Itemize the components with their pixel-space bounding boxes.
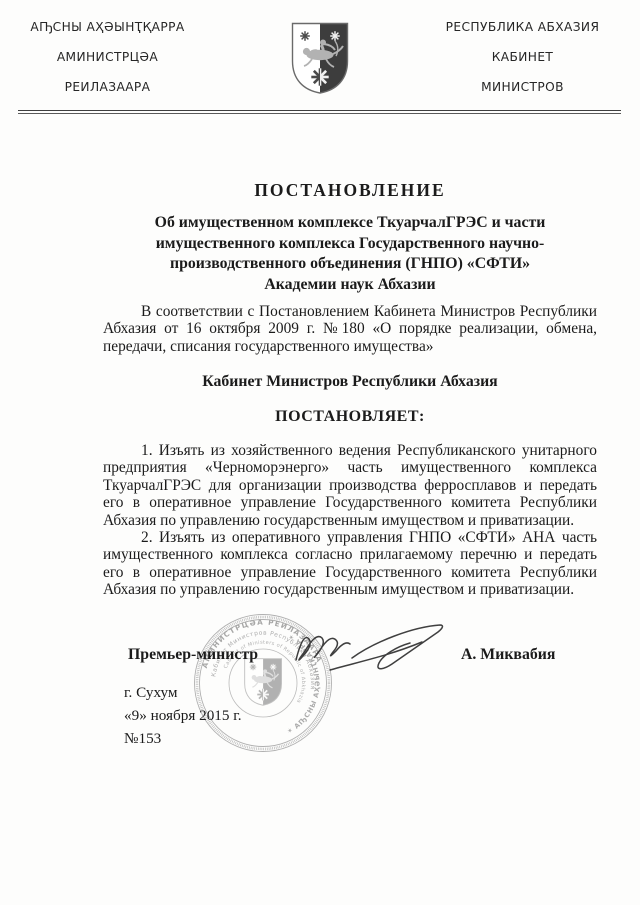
- authority-line: Кабинет Министров Республики Абхазия: [103, 373, 597, 391]
- resolution-item-2: 2. Изъять из оперативного управления ГНП…: [103, 529, 597, 599]
- header-abkhaz-line-1: АҦСНЫ АҲӘЫНҬҚАРРА: [25, 12, 190, 42]
- resolves-line: ПОСТАНОВЛЯЕТ:: [103, 408, 597, 426]
- signer-name-label: А. Миквабия: [461, 646, 555, 664]
- header-abkhaz-block: АҦСНЫ АҲӘЫНҬҚАРРА АМИНИСТРЦӘА РЕИЛАЗААРА: [25, 12, 190, 102]
- header-divider-rule: [18, 110, 621, 114]
- abkhazia-coat-of-arms-icon: [290, 20, 350, 96]
- header-abkhaz-line-2: АМИНИСТРЦӘА: [25, 42, 190, 72]
- document-title: ПОСТАНОВЛЕНИЕ: [103, 180, 597, 201]
- header-russian-line-1: РЕСПУБЛИКА АБХАЗИЯ: [445, 12, 600, 42]
- header-russian-block: РЕСПУБЛИКА АБХАЗИЯ КАБИНЕТ МИНИСТРОВ: [445, 12, 600, 102]
- header-abkhaz-line-3: РЕИЛАЗААРА: [25, 72, 190, 102]
- signer-post-label: Премьер-министр: [128, 646, 258, 664]
- handwritten-signature-icon: [290, 614, 468, 676]
- resolution-items: 1. Изъять из хозяйственного ведения Респ…: [103, 442, 597, 599]
- signature-date: «9» ноября 2015 г.: [124, 707, 242, 725]
- decree-number: №153: [124, 730, 161, 748]
- subject-line: производственного объединения (ГНПО) «СФ…: [103, 254, 597, 275]
- decree-document-page: АҦСНЫ АҲӘЫНҬҚАРРА АМИНИСТРЦӘА РЕИЛАЗААРА: [0, 0, 640, 905]
- header-russian-line-2: КАБИНЕТ: [445, 42, 600, 72]
- header-russian-line-3: МИНИСТРОВ: [445, 72, 600, 102]
- resolution-item-1: 1. Изъять из хозяйственного ведения Респ…: [103, 442, 597, 529]
- preamble-paragraph: В соответствии с Постановлением Кабинета…: [103, 303, 597, 355]
- subject-line: Об имущественном комплексе ТкуарчалГРЭС …: [103, 213, 597, 234]
- subject-line: имущественного комплекса Государственног…: [103, 234, 597, 255]
- document-subject: Об имущественном комплексе ТкуарчалГРЭС …: [103, 213, 597, 295]
- subject-line: Академии наук Абхазии: [103, 275, 597, 296]
- signature-city: г. Сухум: [124, 684, 177, 702]
